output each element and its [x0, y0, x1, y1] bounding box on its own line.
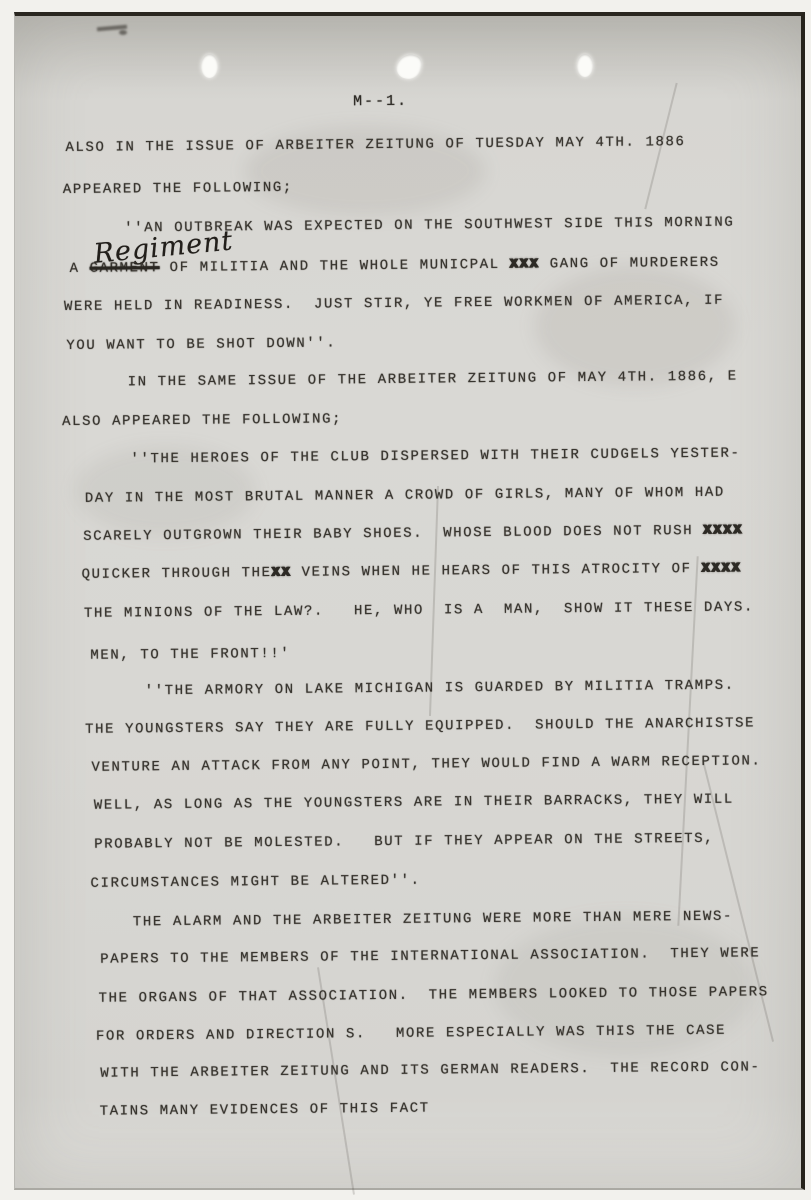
typed-fragment: OF MILITIA AND THE WHOLE MUNICPAL	[160, 257, 510, 276]
typed-line: TAINS MANY EVIDENCES OF THIS FACT	[100, 1101, 430, 1120]
typed-line: ALSO IN THE ISSUE OF ARBEITER ZEITUNG OF…	[65, 134, 685, 156]
typed-fragment: QUICKER THROUGH THE	[81, 565, 271, 583]
overstrike-chars: XXXX	[702, 561, 742, 577]
typed-line: PROBABLY NOT BE MOLESTED. BUT IF THEY AP…	[94, 831, 714, 853]
typed-line: YOU WANT TO BE SHOT DOWN''.	[66, 335, 336, 354]
typed-line: APPEARED THE FOLLOWING;	[63, 180, 293, 198]
typed-line-with-overstrike: QUICKER THROUGH THEXX VEINS WHEN HE HEAR…	[81, 561, 741, 583]
struck-word: GARMENT	[90, 260, 160, 277]
typed-line: WELL, AS LONG AS THE YOUNGSTERS ARE IN T…	[94, 792, 734, 814]
overstrike-chars: XXXX	[703, 523, 743, 539]
typed-line: IN THE SAME ISSUE OF THE ARBEITER ZEITUN…	[128, 369, 738, 391]
overstrike-chars: XXX	[510, 256, 540, 272]
typed-fragment: A	[70, 261, 90, 277]
typed-line: THE YOUNGSTERS SAY THEY ARE FULLY EQUIPP…	[85, 715, 755, 737]
typed-fragment: VEINS WHEN HE HEARS OF THIS ATROCITY OF	[292, 561, 702, 581]
typed-line: PAPERS TO THE MEMBERS OF THE INTERNATION…	[100, 945, 760, 967]
typed-line: FOR ORDERS AND DIRECTION S. MORE ESPECIA…	[96, 1023, 726, 1045]
typed-fragment: GANG OF MURDERERS	[540, 255, 720, 273]
typed-fragment: SCARELY OUTGROWN THEIR BABY SHOES. WHOSE…	[83, 523, 703, 545]
page-number: M--1.	[353, 93, 408, 111]
typed-line: CIRCUMSTANCES MIGHT BE ALTERED''.	[90, 873, 420, 892]
typed-line: DAY IN THE MOST BRUTAL MANNER A CROWD OF…	[85, 485, 725, 507]
typed-text-layer: M--1. ALSO IN THE ISSUE OF ARBEITER ZEIT…	[0, 0, 811, 1200]
typed-line: THE ORGANS OF THAT ASSOCIATION. THE MEMB…	[99, 984, 769, 1006]
typed-line: VENTURE AN ATTACK FROM ANY POINT, THEY W…	[91, 753, 761, 775]
typed-line: ALSO APPEARED THE FOLLOWING;	[62, 411, 342, 430]
typed-line: WITH THE ARBEITER ZEITUNG AND ITS GERMAN…	[100, 1059, 760, 1081]
typed-line: ''THE HEROES OF THE CLUB DISPERSED WITH …	[130, 446, 740, 468]
typed-line-with-overstrike: SCARELY OUTGROWN THEIR BABY SHOES. WHOSE…	[83, 523, 743, 545]
typed-line: THE ALARM AND THE ARBEITER ZEITUNG WERE …	[133, 909, 733, 931]
typed-line: MEN, TO THE FRONT!!'	[90, 646, 290, 664]
typed-line: WERE HELD IN READINESS. JUST STIR, YE FR…	[64, 293, 724, 315]
overstrike-chars: XX	[272, 565, 292, 581]
typed-line: THE MINIONS OF THE LAW?. HE, WHO IS A MA…	[84, 599, 754, 621]
typed-line: ''THE ARMORY ON LAKE MICHIGAN IS GUARDED…	[145, 678, 735, 700]
